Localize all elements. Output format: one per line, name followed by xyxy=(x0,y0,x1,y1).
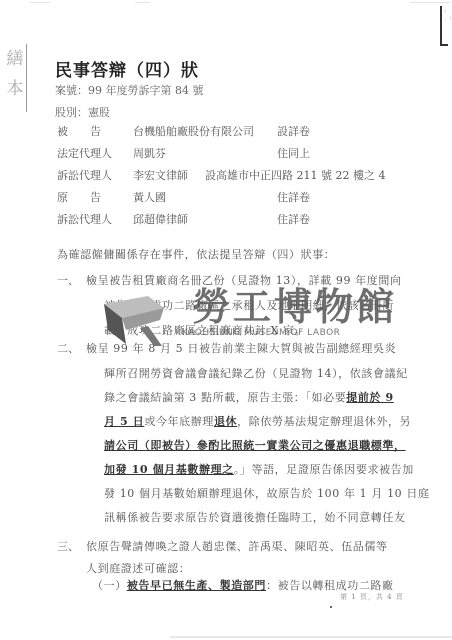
margin-bracket xyxy=(440,6,442,46)
item-line: 發 10 個月基數始願辦理退休，故原告於 100 年 1 月 10 日庭 xyxy=(104,485,430,501)
emphasis-text: 請公司（即被告）參酌比照統一實業公司之優惠退職標準， xyxy=(104,439,406,452)
item-line: 檢呈被告租賃廠商名冊乙份（見證物 13），詳載 99 年度間向 xyxy=(86,272,402,288)
party-address: 住同上 xyxy=(277,145,310,161)
party-name: 李宏文律師 xyxy=(133,167,188,183)
party-name: 邱超偉律師 xyxy=(133,211,188,227)
sub-item-line: （一）被告早已無生產、製造部門：被告以轉租成功二路廠 xyxy=(92,577,394,593)
party-role: 訴訟代理人 xyxy=(57,167,127,183)
party-role: 法定代理人 xyxy=(57,145,127,161)
party-address: 住詳卷 xyxy=(277,189,310,205)
item-line: 錄之會議結論第 3 點所載，原告主張：「如必要提前於 9 xyxy=(104,389,394,405)
emphasis-text: 退休 xyxy=(214,415,237,428)
party-name: 黃人國 xyxy=(133,189,166,205)
scan-artifact xyxy=(30,2,50,3)
scan-artifact xyxy=(135,2,150,3)
item-line: 加發 10 個月基數辦理之。」等語，足證原告係因要求被告加 xyxy=(104,461,414,477)
emphasis-text: 被告早已無生產、製造部門 xyxy=(127,579,266,592)
division: 股別：憲股 xyxy=(55,104,110,120)
item-line: 月 5 日或今年底辦理退休，除依勞基法規定辦理退休外，另 xyxy=(104,413,411,429)
stamp-char: 繕 xyxy=(4,44,26,74)
item-line: 檢呈 99 年 8 月 5 日被告前業主陳大賀與被告副總經理吳炎 xyxy=(86,340,396,356)
party-address: 設詳卷 xyxy=(277,123,310,139)
scan-artifact xyxy=(410,2,450,3)
sub-item-number: （一） xyxy=(92,579,127,592)
emphasis-text: 加發 10 個月基數辦理之 xyxy=(104,463,234,476)
item-line: 被告租賃成功二路廠區之承租人及地址明細，依該名冊所 xyxy=(104,297,394,313)
intro-paragraph: 為確認僱傭關係存在事件，依法提呈答辯（四）狀事： xyxy=(57,246,335,262)
item-number: 一、 xyxy=(57,272,79,288)
margin-marks: ! ：！ xyxy=(444,8,450,24)
item-line: 人到庭證述可確認： xyxy=(86,560,190,576)
scan-edge xyxy=(170,636,452,638)
item-line: 依原告聲請傳喚之證人趙忠傑、許禹渠、陳昭英、伍品儒等 xyxy=(86,538,388,554)
text-run: ，除依勞基法規定辦理退休外，另 xyxy=(237,415,411,428)
item-line: 訊稱係被告要求原告於資遣後擔任臨時工，始不同意轉任友 xyxy=(104,509,406,525)
text-run: ：被告以轉租成功二路廠 xyxy=(266,579,394,592)
item-line: 輝所召開勞資會議會議紀錄乙份（見證物 14），依該會議紀 xyxy=(104,365,408,381)
item-line: 請公司（即被告）參酌比照統一實業公司之優惠退職標準， xyxy=(104,437,406,453)
document-page: ! ：！ 繕 本 民事答辯（四）狀 案號：99 年度勞訴字第 84 號 股別：憲… xyxy=(0,0,452,640)
text-run: 或今年底辦理 xyxy=(144,415,214,428)
emphasis-text: 月 5 日 xyxy=(104,415,144,428)
item-line: 載，成功二路廠區之租廠商共計 X 家。 xyxy=(104,322,306,338)
party-role: 被 告 xyxy=(57,123,127,139)
stamp-char: 本 xyxy=(4,74,26,104)
text-run: 錄之會議結論第 3 點所載，原告主張：「如必要 xyxy=(104,391,346,404)
scan-dot xyxy=(330,606,332,608)
party-address: 設高雄市中正四路 211 號 22 樓之 4 xyxy=(205,167,385,183)
party-name: 台機船舶廠股份有限公司 xyxy=(133,123,254,139)
party-address: 住詳卷 xyxy=(277,211,310,227)
text-run: 。」等語，足證原告係因要求被告加 xyxy=(234,463,414,476)
party-role: 原 告 xyxy=(57,189,127,205)
document-title: 民事答辯（四）狀 xyxy=(55,56,199,81)
page-footer: 第 1 頁，共 4 頁 xyxy=(340,592,404,602)
party-role: 訴訟代理人 xyxy=(57,211,127,227)
margin-bracket-foot xyxy=(440,44,448,46)
case-number: 案號：99 年度勞訴字第 84 號 xyxy=(55,82,203,98)
emphasis-text: 提前於 9 xyxy=(346,391,393,404)
item-number: 三、 xyxy=(57,538,79,554)
party-name: 周凱芬 xyxy=(133,145,166,161)
item-number: 二、 xyxy=(57,340,79,356)
copy-stamp: 繕 本 xyxy=(4,44,27,112)
